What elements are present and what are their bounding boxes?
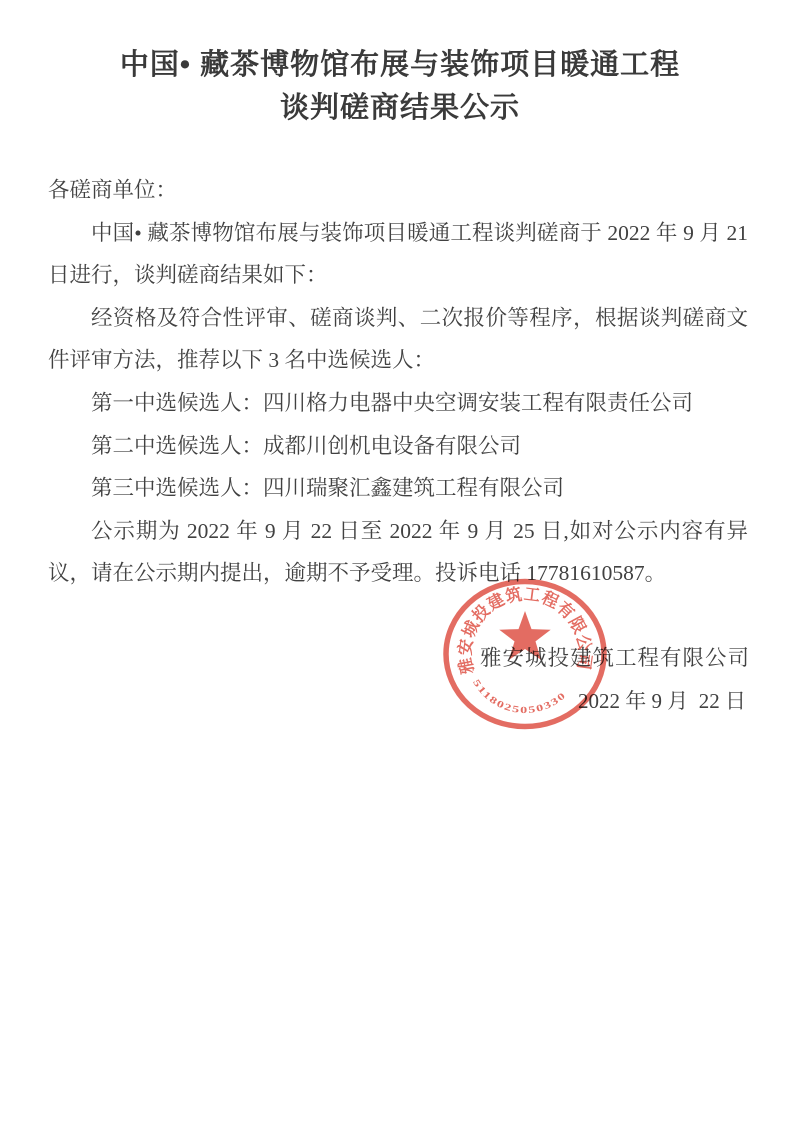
- candidate-line-1: 第一中选候选人：四川格力电器中央空调安装工程有限责任公司: [48, 382, 748, 425]
- signature-company: 雅安城投建筑工程有限公司: [480, 637, 750, 680]
- paragraph-closing: 公示期为 2022 年 9 月 22 日至 2022 年 9 月 25 日,如对…: [48, 510, 748, 595]
- candidate-line-2: 第二中选候选人：成都川创机电设备有限公司: [48, 425, 748, 468]
- paragraph-intro: 中国• 藏茶博物馆布展与装饰项目暖通工程谈判磋商于 2022 年 9 月 21 …: [48, 212, 748, 297]
- document-page: 中国• 藏茶博物馆布展与装饰项目暖通工程 谈判磋商结果公示 各磋商单位： 中国•…: [0, 0, 800, 1131]
- candidate-line-3: 第三中选候选人：四川瑞聚汇鑫建筑工程有限公司: [48, 467, 748, 510]
- signature-date: 2022 年 9 月 22 日: [480, 680, 750, 723]
- title-line-1: 中国• 藏茶博物馆布展与装饰项目暖通工程: [0, 44, 800, 87]
- document-body: 各磋商单位： 中国• 藏茶博物馆布展与装饰项目暖通工程谈判磋商于 2022 年 …: [48, 169, 748, 595]
- title-line-2: 谈判磋商结果公示: [0, 87, 800, 130]
- paragraph-procedure: 经资格及符合性评审、磋商谈判、二次报价等程序，根据谈判磋商文件评审方法，推荐以下…: [48, 297, 748, 382]
- document-title: 中国• 藏茶博物馆布展与装饰项目暖通工程 谈判磋商结果公示: [0, 0, 800, 130]
- salutation: 各磋商单位：: [48, 169, 748, 212]
- signature-block: 雅安城投建筑工程有限公司 2022 年 9 月 22 日: [480, 637, 750, 722]
